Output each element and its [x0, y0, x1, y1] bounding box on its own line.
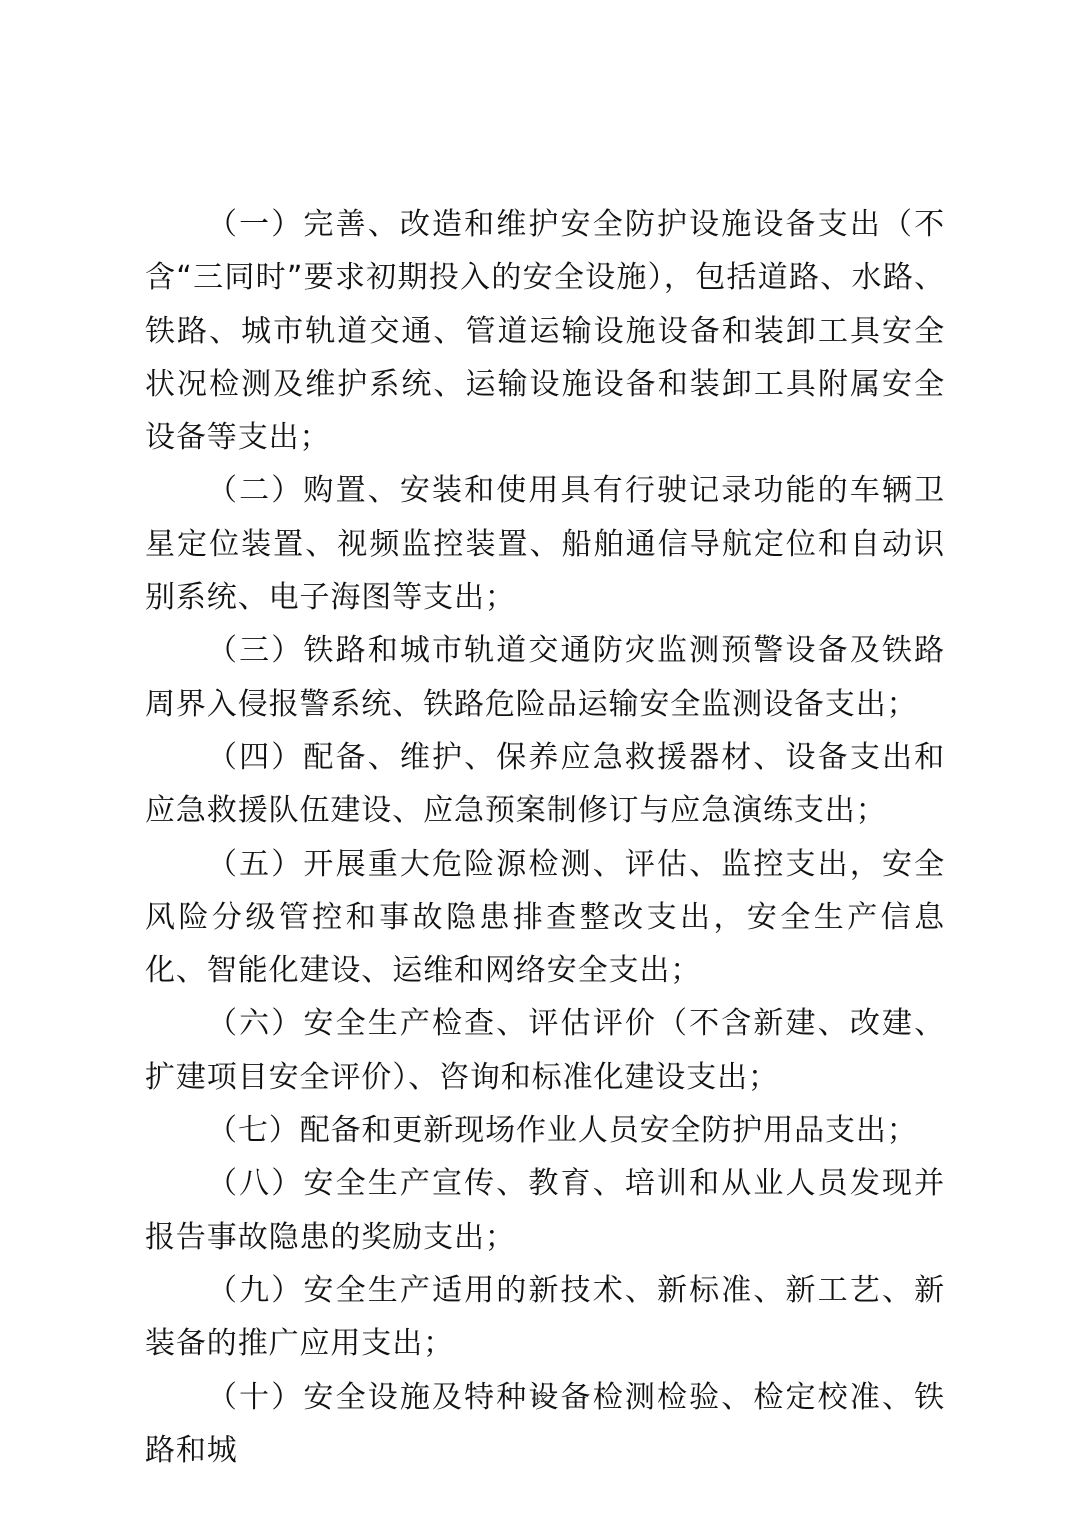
paragraph-item-10: （十）安全设施及特种设备检测检验、检定校准、铁路和城	[145, 1371, 945, 1478]
paragraph-item-9: （九）安全生产适用的新技术、新标准、新工艺、新装备的推广应用支出；	[145, 1264, 945, 1371]
document-body: （一）完善、改造和维护安全防护设施设备支出（不含“三同时”要求初期投入的安全设施…	[145, 198, 945, 1477]
paragraph-item-1: （一）完善、改造和维护安全防护设施设备支出（不含“三同时”要求初期投入的安全设施…	[145, 198, 945, 464]
page-number: 42	[0, 1389, 1080, 1406]
paragraph-item-8: （八）安全生产宣传、教育、培训和从业人员发现并报告事故隐患的奖励支出；	[145, 1157, 945, 1264]
document-page: （一）完善、改造和维护安全防护设施设备支出（不含“三同时”要求初期投入的安全设施…	[0, 0, 1080, 1527]
paragraph-item-3: （三）铁路和城市轨道交通防灾监测预警设备及铁路周界入侵报警系统、铁路危险品运输安…	[145, 624, 945, 731]
paragraph-item-2: （二）购置、安装和使用具有行驶记录功能的车辆卫星定位装置、视频监控装置、船舶通信…	[145, 464, 945, 624]
paragraph-item-4: （四）配备、维护、保养应急救援器材、设备支出和应急救援队伍建设、应急预案制修订与…	[145, 731, 945, 838]
paragraph-item-7: （七）配备和更新现场作业人员安全防护用品支出；	[145, 1104, 945, 1157]
paragraph-item-6: （六）安全生产检查、评估评价（不含新建、改建、扩建项目安全评价）、咨询和标准化建…	[145, 997, 945, 1104]
paragraph-item-5: （五）开展重大危险源检测、评估、监控支出，安全风险分级管控和事故隐患排查整改支出…	[145, 838, 945, 998]
